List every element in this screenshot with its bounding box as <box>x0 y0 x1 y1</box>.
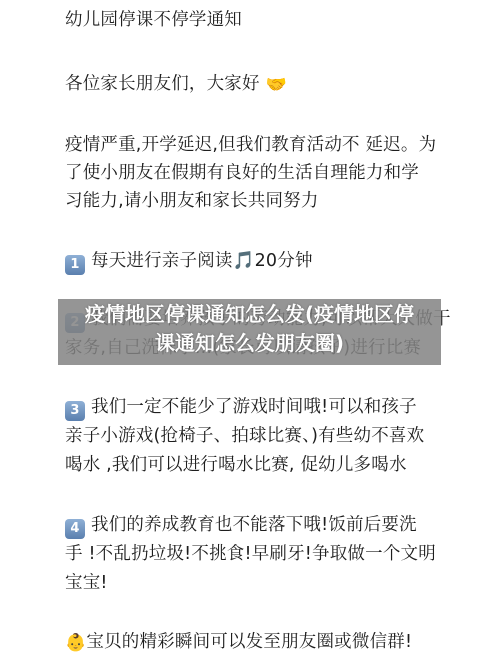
item-4-line-2: 手 !不乱扔垃圾!不挑食!早刷牙!争取做一个文明 <box>65 540 436 568</box>
item-3-line-3: 喝水 ,我们可以进行喝水比赛, 促幼儿多喝水 <box>65 451 407 479</box>
number-4-icon: 4 <box>65 519 85 539</box>
number-3-icon: 3 <box>65 401 85 421</box>
caption-line-2: 课通知怎么发朋友圈) <box>58 329 441 358</box>
item-text: 每天进行亲子阅读🎵20分钟 <box>91 251 313 271</box>
item-text: 我们的养成教育也不能落下哦!饭前后要洗 <box>91 515 417 535</box>
baby-icon: 👶 <box>65 629 86 657</box>
closing: 👶宝贝的精彩瞬间可以发至朋友圈或微信群! <box>65 628 412 657</box>
item-3-line-2: 亲子小游戏(抢椅子、拍球比赛、)有些幼不喜欢 <box>65 422 424 450</box>
notice-title: 幼儿园停课不停学通知 <box>65 6 242 34</box>
greeting-text: 各位家长朋友们，大家好 <box>65 74 260 94</box>
greeting: 各位家长朋友们，大家好 🤝 <box>65 70 287 99</box>
item-text: 我们一定不能少了游戏时间哦!可以和孩子 <box>91 397 417 417</box>
intro-line: 习能力,请小朋友和家长共同努力 <box>65 187 319 215</box>
intro-line: 疫情严重,开学延迟,但我们教育活动不 延迟。为 <box>65 131 436 159</box>
closing-text: 宝贝的精彩瞬间可以发至朋友圈或微信群! <box>86 632 412 652</box>
caption-line-1: 疫情地区停课通知怎么发(疫情地区停 <box>58 300 441 329</box>
item-1: 1每天进行亲子阅读🎵20分钟 <box>65 247 313 275</box>
intro-line: 了使小朋友在假期有良好的生活自理能力和学 <box>65 159 419 187</box>
overlay-caption: 疫情地区停课通知怎么发(疫情地区停 课通知怎么发朋友圈) <box>58 300 441 358</box>
item-4-line-3: 宝宝! <box>65 569 108 597</box>
handshake-icon: 🤝 <box>265 71 286 99</box>
number-1-icon: 1 <box>65 255 85 275</box>
item-3: 3我们一定不能少了游戏时间哦!可以和孩子 <box>65 393 417 421</box>
item-4: 4我们的养成教育也不能落下哦!饭前后要洗 <box>65 511 417 539</box>
